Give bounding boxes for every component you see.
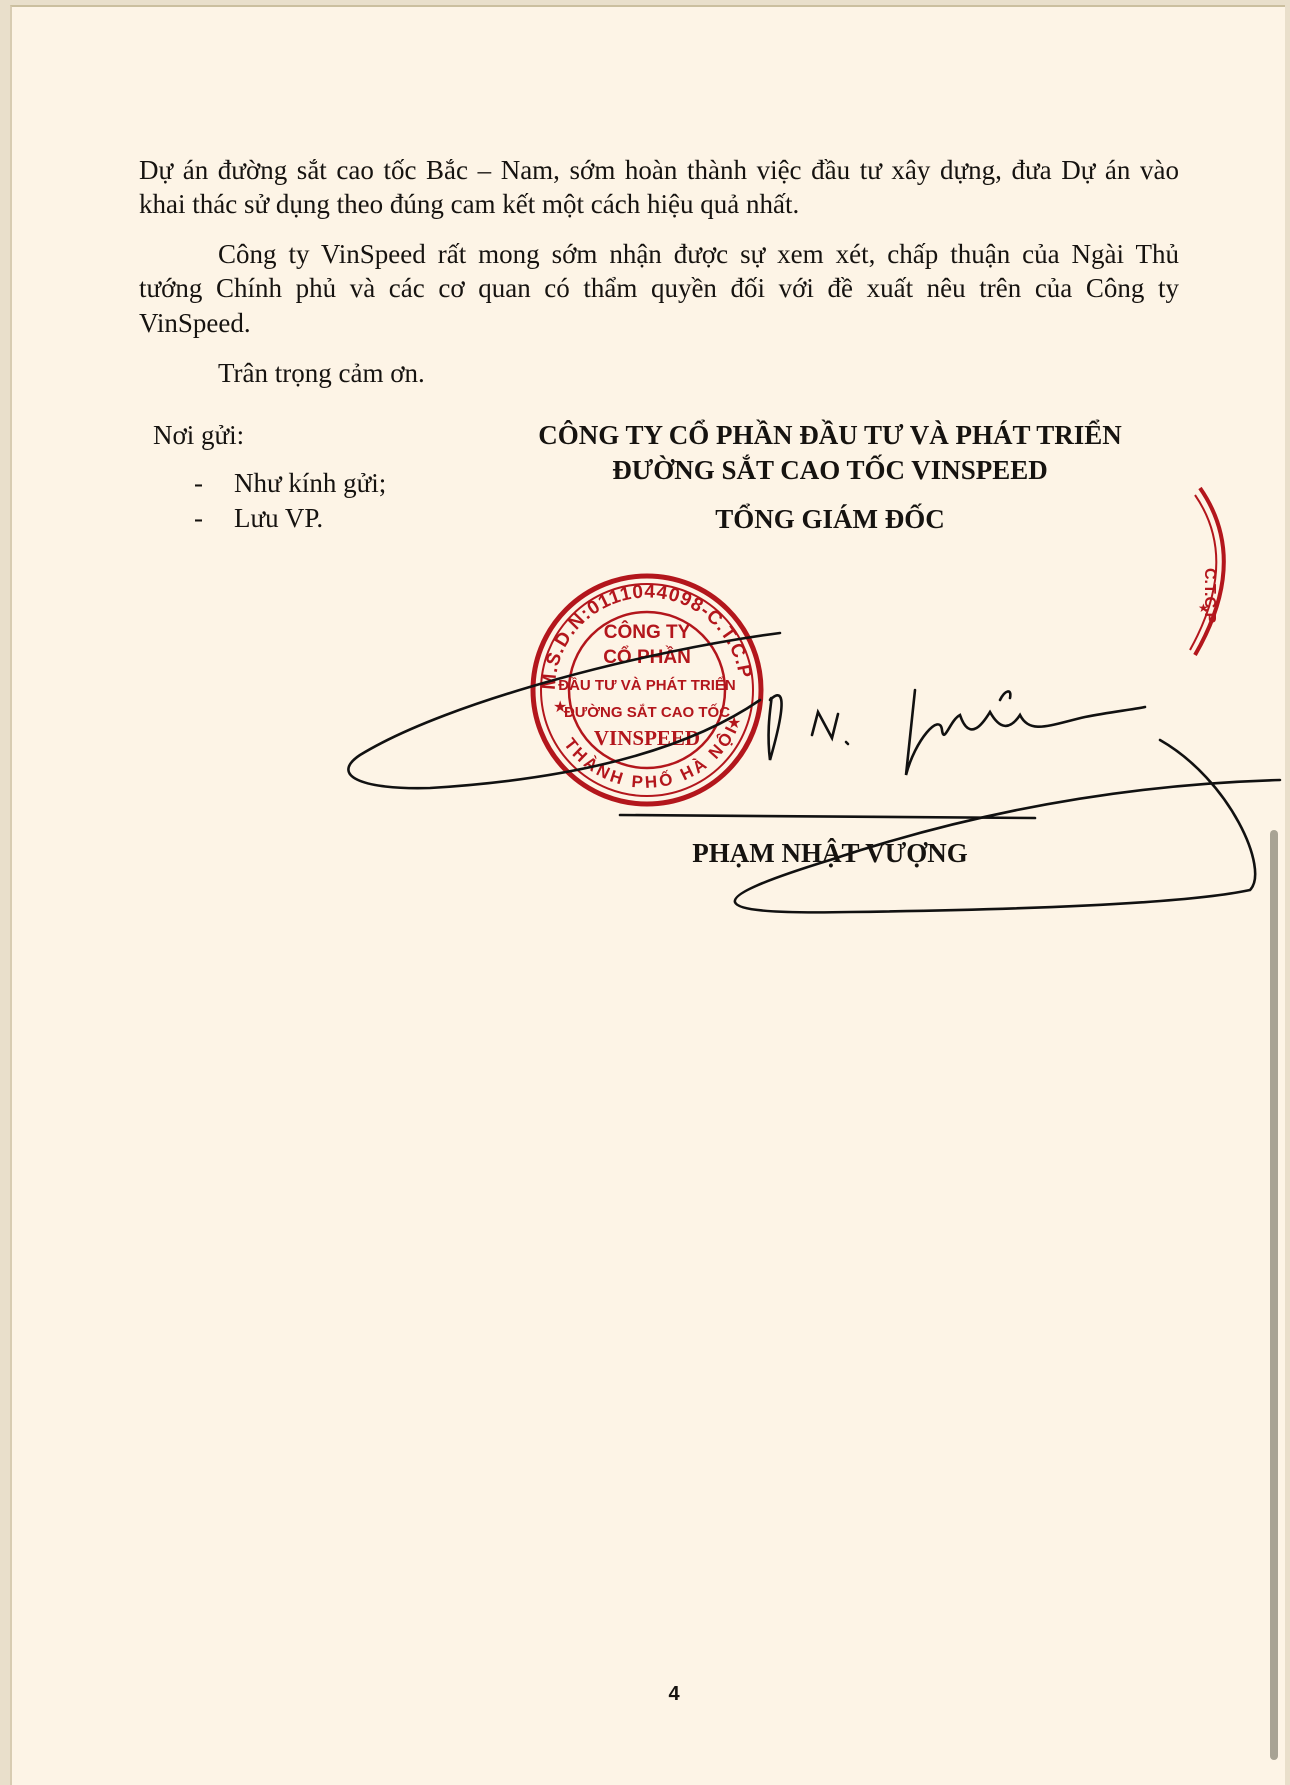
recipient-bullet: -	[194, 501, 203, 536]
recipient-text: Lưu VP.	[234, 503, 323, 533]
paragraph-2-line-3: VinSpeed.	[139, 306, 251, 341]
position-title: TỔNG GIÁM ĐỐC	[480, 502, 1180, 537]
scrollbar-thumb[interactable]	[1270, 830, 1278, 1760]
paragraph-2-line-1: Công ty VinSpeed rất mong sớm nhận được …	[218, 237, 1179, 272]
recipient-item: - Lưu VP.	[194, 501, 323, 536]
vertical-scrollbar[interactable]	[1270, 830, 1278, 1760]
page-number: 4	[650, 1677, 698, 1712]
paragraph-1-line-1: Dự án đường sắt cao tốc Bắc – Nam, sớm h…	[139, 153, 1179, 188]
paragraph-2-line-2: tướng Chính phủ và các cơ quan có thẩm q…	[139, 271, 1179, 306]
recipient-text: Như kính gửi;	[234, 468, 386, 498]
company-name-line-1: CÔNG TY CỔ PHẦN ĐẦU TƯ VÀ PHÁT TRIỂN	[480, 418, 1180, 453]
company-name-line-2: ĐƯỜNG SẮT CAO TỐC VINSPEED	[480, 453, 1180, 488]
recipients-label: Nơi gửi:	[153, 418, 244, 453]
signer-name: PHẠM NHẬT VƯỢNG	[480, 836, 1180, 871]
paragraph-1-line-2: khai thác sử dụng theo đúng cam kết một …	[139, 187, 799, 222]
recipient-bullet: -	[194, 466, 203, 501]
closing-line: Trân trọng cảm ơn.	[218, 356, 425, 391]
recipient-item: - Như kính gửi;	[194, 466, 386, 501]
